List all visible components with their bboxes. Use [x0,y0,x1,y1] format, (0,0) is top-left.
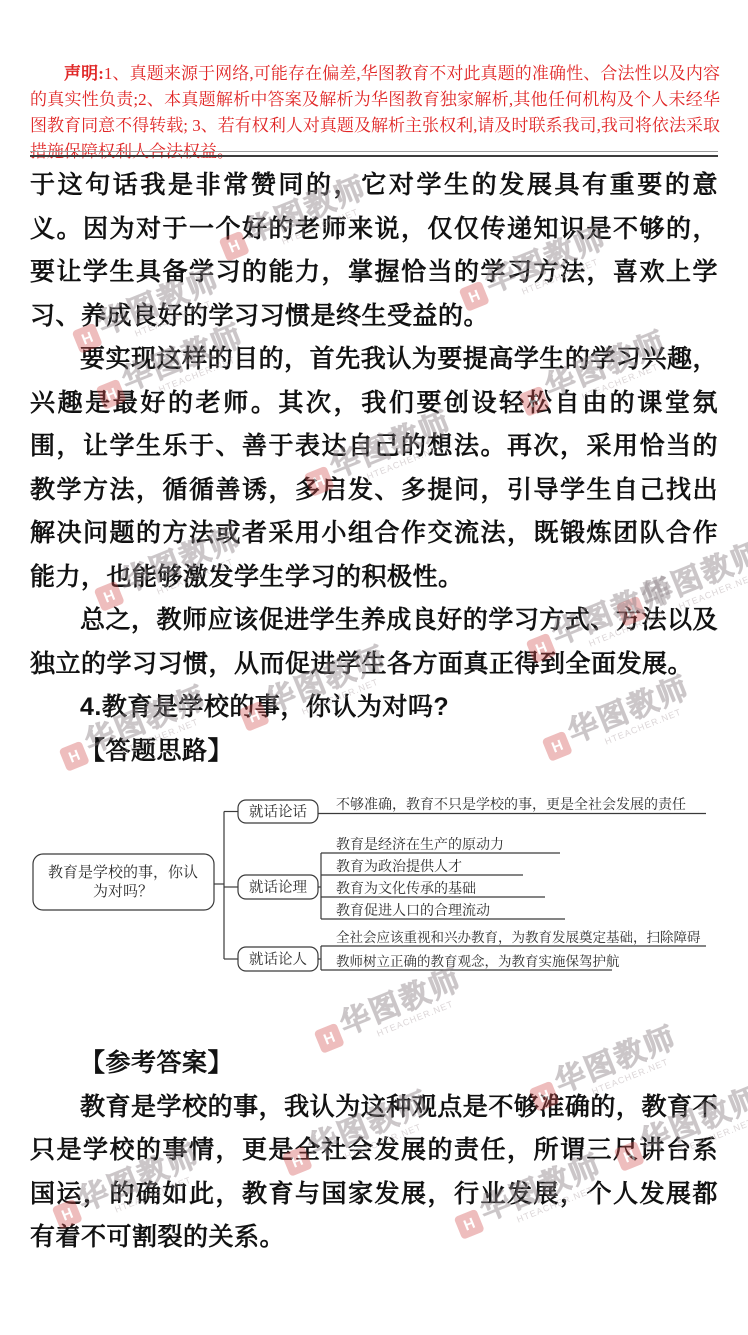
root-node-label: 教育是学校的事，你认 [48,863,198,881]
leaf-text: 教师树立正确的教育观念，为教育实施保驾护航 [336,953,620,970]
leaf-text: 教育是经济在生产的原动力 [336,836,504,852]
watermark-domain: HTEACHER.NET [375,993,470,1039]
horizontal-divider [30,151,718,157]
root-node-box [33,854,214,910]
branch-node-label: 就话论话 [249,804,307,821]
main-text-block: 于这句话我是非常赞同的，它对学生的发展具有重要的意义。因为对于一个好的老师来说，… [30,164,718,773]
leaf-text: 全社会应该重视和兴办教育，为教育发展奠定基础，扫除障碍 [336,929,701,946]
leaf-text: 教育促进人口的合理流动 [336,902,490,918]
branch-node-label: 就话论人 [249,951,307,968]
leaf-text: 教育为政治提供人才 [336,858,462,874]
leaf-text: 不够准确，教育不只是学校的事，更是全社会发展的责任 [336,796,686,813]
document-page: 声明:1、真题来源于网络,可能存在偏差,华图教育不对此真题的准确性、合法性以及内… [0,0,748,1335]
answer-text-block: 【参考答案】 教育是学校的事，我认为这种观点是不够准确的，教育不只是学校的事情，… [30,1042,718,1260]
mindmap-diagram: 教育是学校的事，你认 为对吗？ 就话论话 不够准确，教育不只是学校的事，更是全社… [0,788,748,988]
disclaimer-label: 声明: [64,64,104,83]
section-heading-answer: 【参考答案】 [30,1042,718,1086]
section-heading-thought: 【答题思路】 [30,730,718,774]
paragraph: 教育是学校的事，我认为这种观点是不够准确的，教育不只是学校的事情，更是全社会发展… [30,1086,718,1260]
paragraph: 要实现这样的目的，首先我认为要提高学生的学习兴趣，兴趣是最好的老师。其次，我们要… [30,338,718,599]
paragraph: 总之，教师应该促进学生养成良好的学习方式、方法以及独立的学习习惯，从而促进学生各… [30,599,718,686]
leaf-text: 教育为文化传承的基础 [336,880,476,896]
paragraph: 于这句话我是非常赞同的，它对学生的发展具有重要的意义。因为对于一个好的老师来说，… [30,164,718,338]
question-title: 4.教育是学校的事，你认为对吗? [30,686,718,730]
root-node-label: 为对吗？ [93,883,153,900]
branch-node-label: 就话论理 [249,879,307,896]
disclaimer-text: 声明:1、真题来源于网络,可能存在偏差,华图教育不对此真题的准确性、合法性以及内… [30,61,720,165]
disclaimer-body: 1、真题来源于网络,可能存在偏差,华图教育不对此真题的准确性、合法性以及内容的真… [30,64,720,161]
